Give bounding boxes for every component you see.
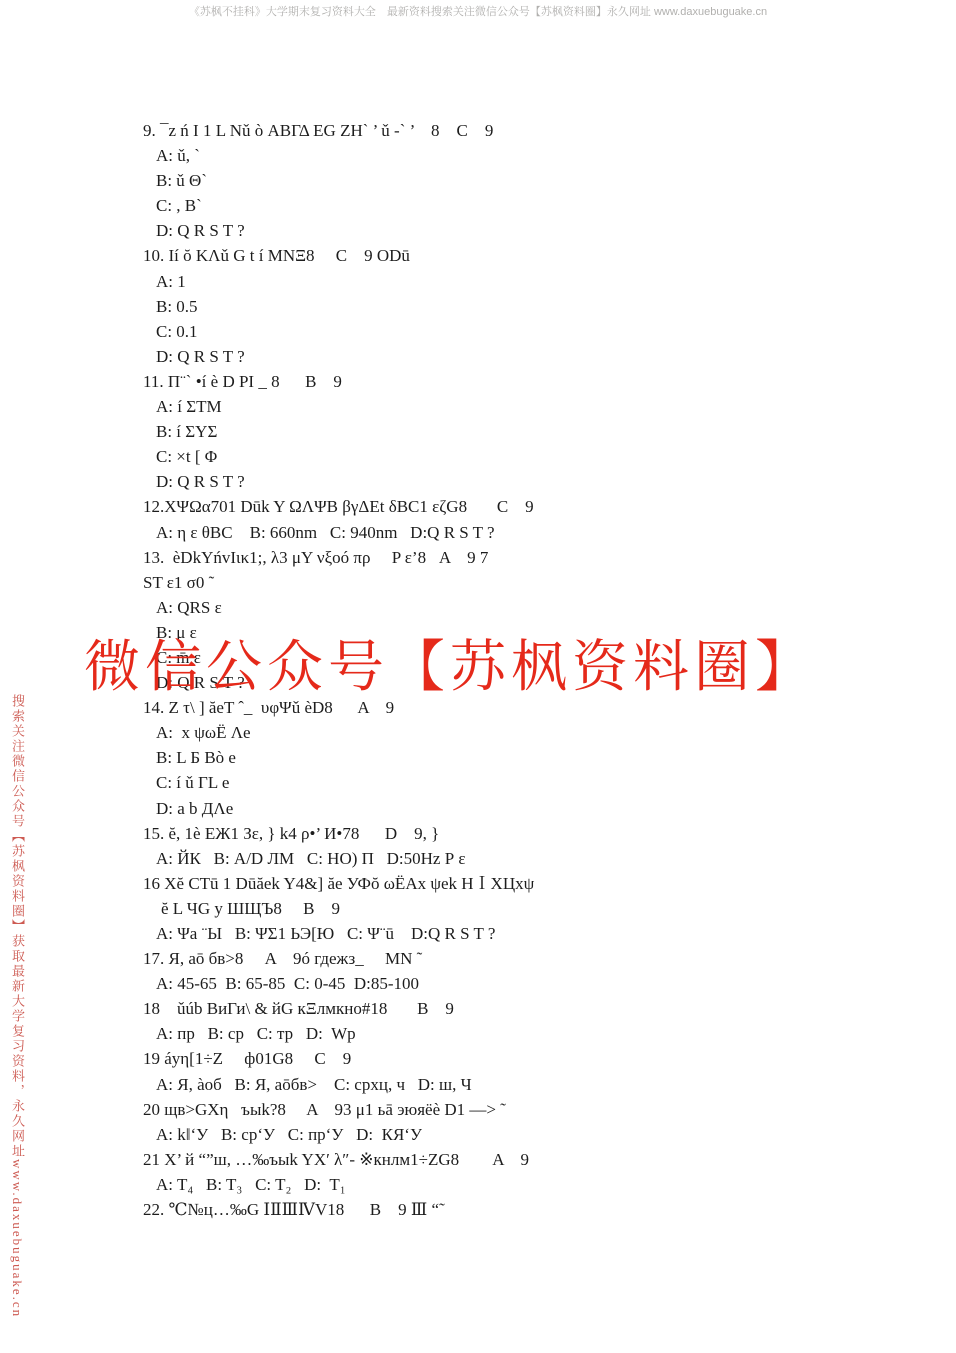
option-line: A: í ΣΤΜ	[143, 394, 933, 419]
question-line: 11. Π¨` •í è D PI _ 8 B 9	[143, 369, 933, 394]
page-header-watermark: 《苏枫不挂科》大学期末复习资料大全 最新资料搜索关注微信公众号【苏枫资料圈】永久…	[0, 5, 956, 19]
option-line: A: ЙК B: А/D ЛМ C: НО) П D:50Hz Р ε	[143, 846, 933, 871]
option-line: A: T₄ B: T₃ C: T₂ D: T₁	[143, 1172, 933, 1197]
option-line: A: Ψa ¨Ы B: ΨΣ1 ЬЭ[Ю C: Ψ¨ū D:Q R S T ?	[143, 921, 933, 946]
document-page: 《苏枫不挂科》大学期末复习资料大全 最新资料搜索关注微信公众号【苏枫资料圈】永久…	[0, 0, 956, 1353]
option-line: B: 0.5	[143, 294, 933, 319]
option-line: D: a b ДΛe	[143, 796, 933, 821]
option-line: A: ǔ, `	[143, 143, 933, 168]
option-line: B: L Б Bò e	[143, 745, 933, 770]
option-line: C: , B`	[143, 193, 933, 218]
option-line: C: 0.1	[143, 319, 933, 344]
option-line: C: í ǔ ΓL e	[143, 770, 933, 795]
question-line: 13. èDkYńvIικ1;, λ3 μY νξoó πρ P ε’8 A 9…	[143, 545, 933, 570]
option-line: D: Q R S T ?	[143, 344, 933, 369]
question-line: 15. ĕ, 1è ЕЖ1 Зε, } k4 ρ•’ И•78 D 9, }	[143, 821, 933, 846]
option-line: A: k‖‘У B: ср‘У C: пр‘У D: КЯ‘У	[143, 1122, 933, 1147]
question-line: 19 áуη[1÷Z ф01G8 C 9	[143, 1046, 933, 1071]
option-line: D: Q R S T ?	[143, 469, 933, 494]
option-line: C: ×t [ Φ	[143, 444, 933, 469]
option-line: A: x ψωË Λe	[143, 720, 933, 745]
question-line: 22. ℃№ц…‰G ⅠⅡⅢⅣV18 B 9 Ⅲ “˜	[143, 1197, 933, 1222]
question-line: 18 ǔúb ВиГи\ & йG кΞлмкно#18 B 9	[143, 996, 933, 1021]
question-line: 20 щв>GXη ъыk?8 A 93 μ1 ьā эюяёè D1 —> ˜	[143, 1097, 933, 1122]
option-line: A: 1	[143, 269, 933, 294]
option-line: D: Q R S T ?	[143, 218, 933, 243]
question-line: 10. Ií ŏ KΛǔ G t í MNΞ8 C 9 ODū	[143, 243, 933, 268]
continuation-line: ĕ L ЧG y ШЩЪ8 B 9	[143, 896, 933, 921]
option-line: B: í ΣΥΣ	[143, 419, 933, 444]
option-line: A: пр B: ср C: тр D: Wр	[143, 1021, 933, 1046]
option-line: A: QRS ε	[143, 595, 933, 620]
question-line: 17. Я, аō бв>8 A 9ó гдежз_ MN ˜	[143, 946, 933, 971]
option-line: A: 45-65 B: 65-85 C: 0-45 D:85-100	[143, 971, 933, 996]
question-line: 12.XΨΩα701 Dūk Y ΩΛΨB βγΔΕt δBC1 εζG8 C …	[143, 494, 933, 519]
option-line: A: η ε θBC B: 660nm C: 940nm D:Q R S T ?	[143, 520, 933, 545]
continuation-line: ST ε1 σ0 ˜	[143, 570, 933, 595]
question-line: 21 X’ й “”ш, …‰ъыk YX′ λ″- ※кнлм1÷ZG8 A …	[143, 1147, 933, 1172]
option-line: B: ǔ Θ`	[143, 168, 933, 193]
option-line: A: Я, àоб B: Я, аōбв> C: срхц, ч D: ш, Ч	[143, 1072, 933, 1097]
center-red-watermark: 微信公众号【苏枫资料圈】	[84, 633, 816, 703]
side-vertical-watermark: 搜索关注微信公众号【苏枫资料圈】获取最新大学复习资料，永久网址www.daxue…	[8, 694, 27, 1164]
question-line: 16 Xĕ СTū 1 Dūăek Y4&] ăe УФŏ ωËАх ψek H…	[143, 871, 933, 896]
question-line: 9. ¯z ń I 1 L Nǔ ò ΑΒΓΔ ΕG ΖH` ’ ǔ -` ’ …	[143, 118, 933, 143]
